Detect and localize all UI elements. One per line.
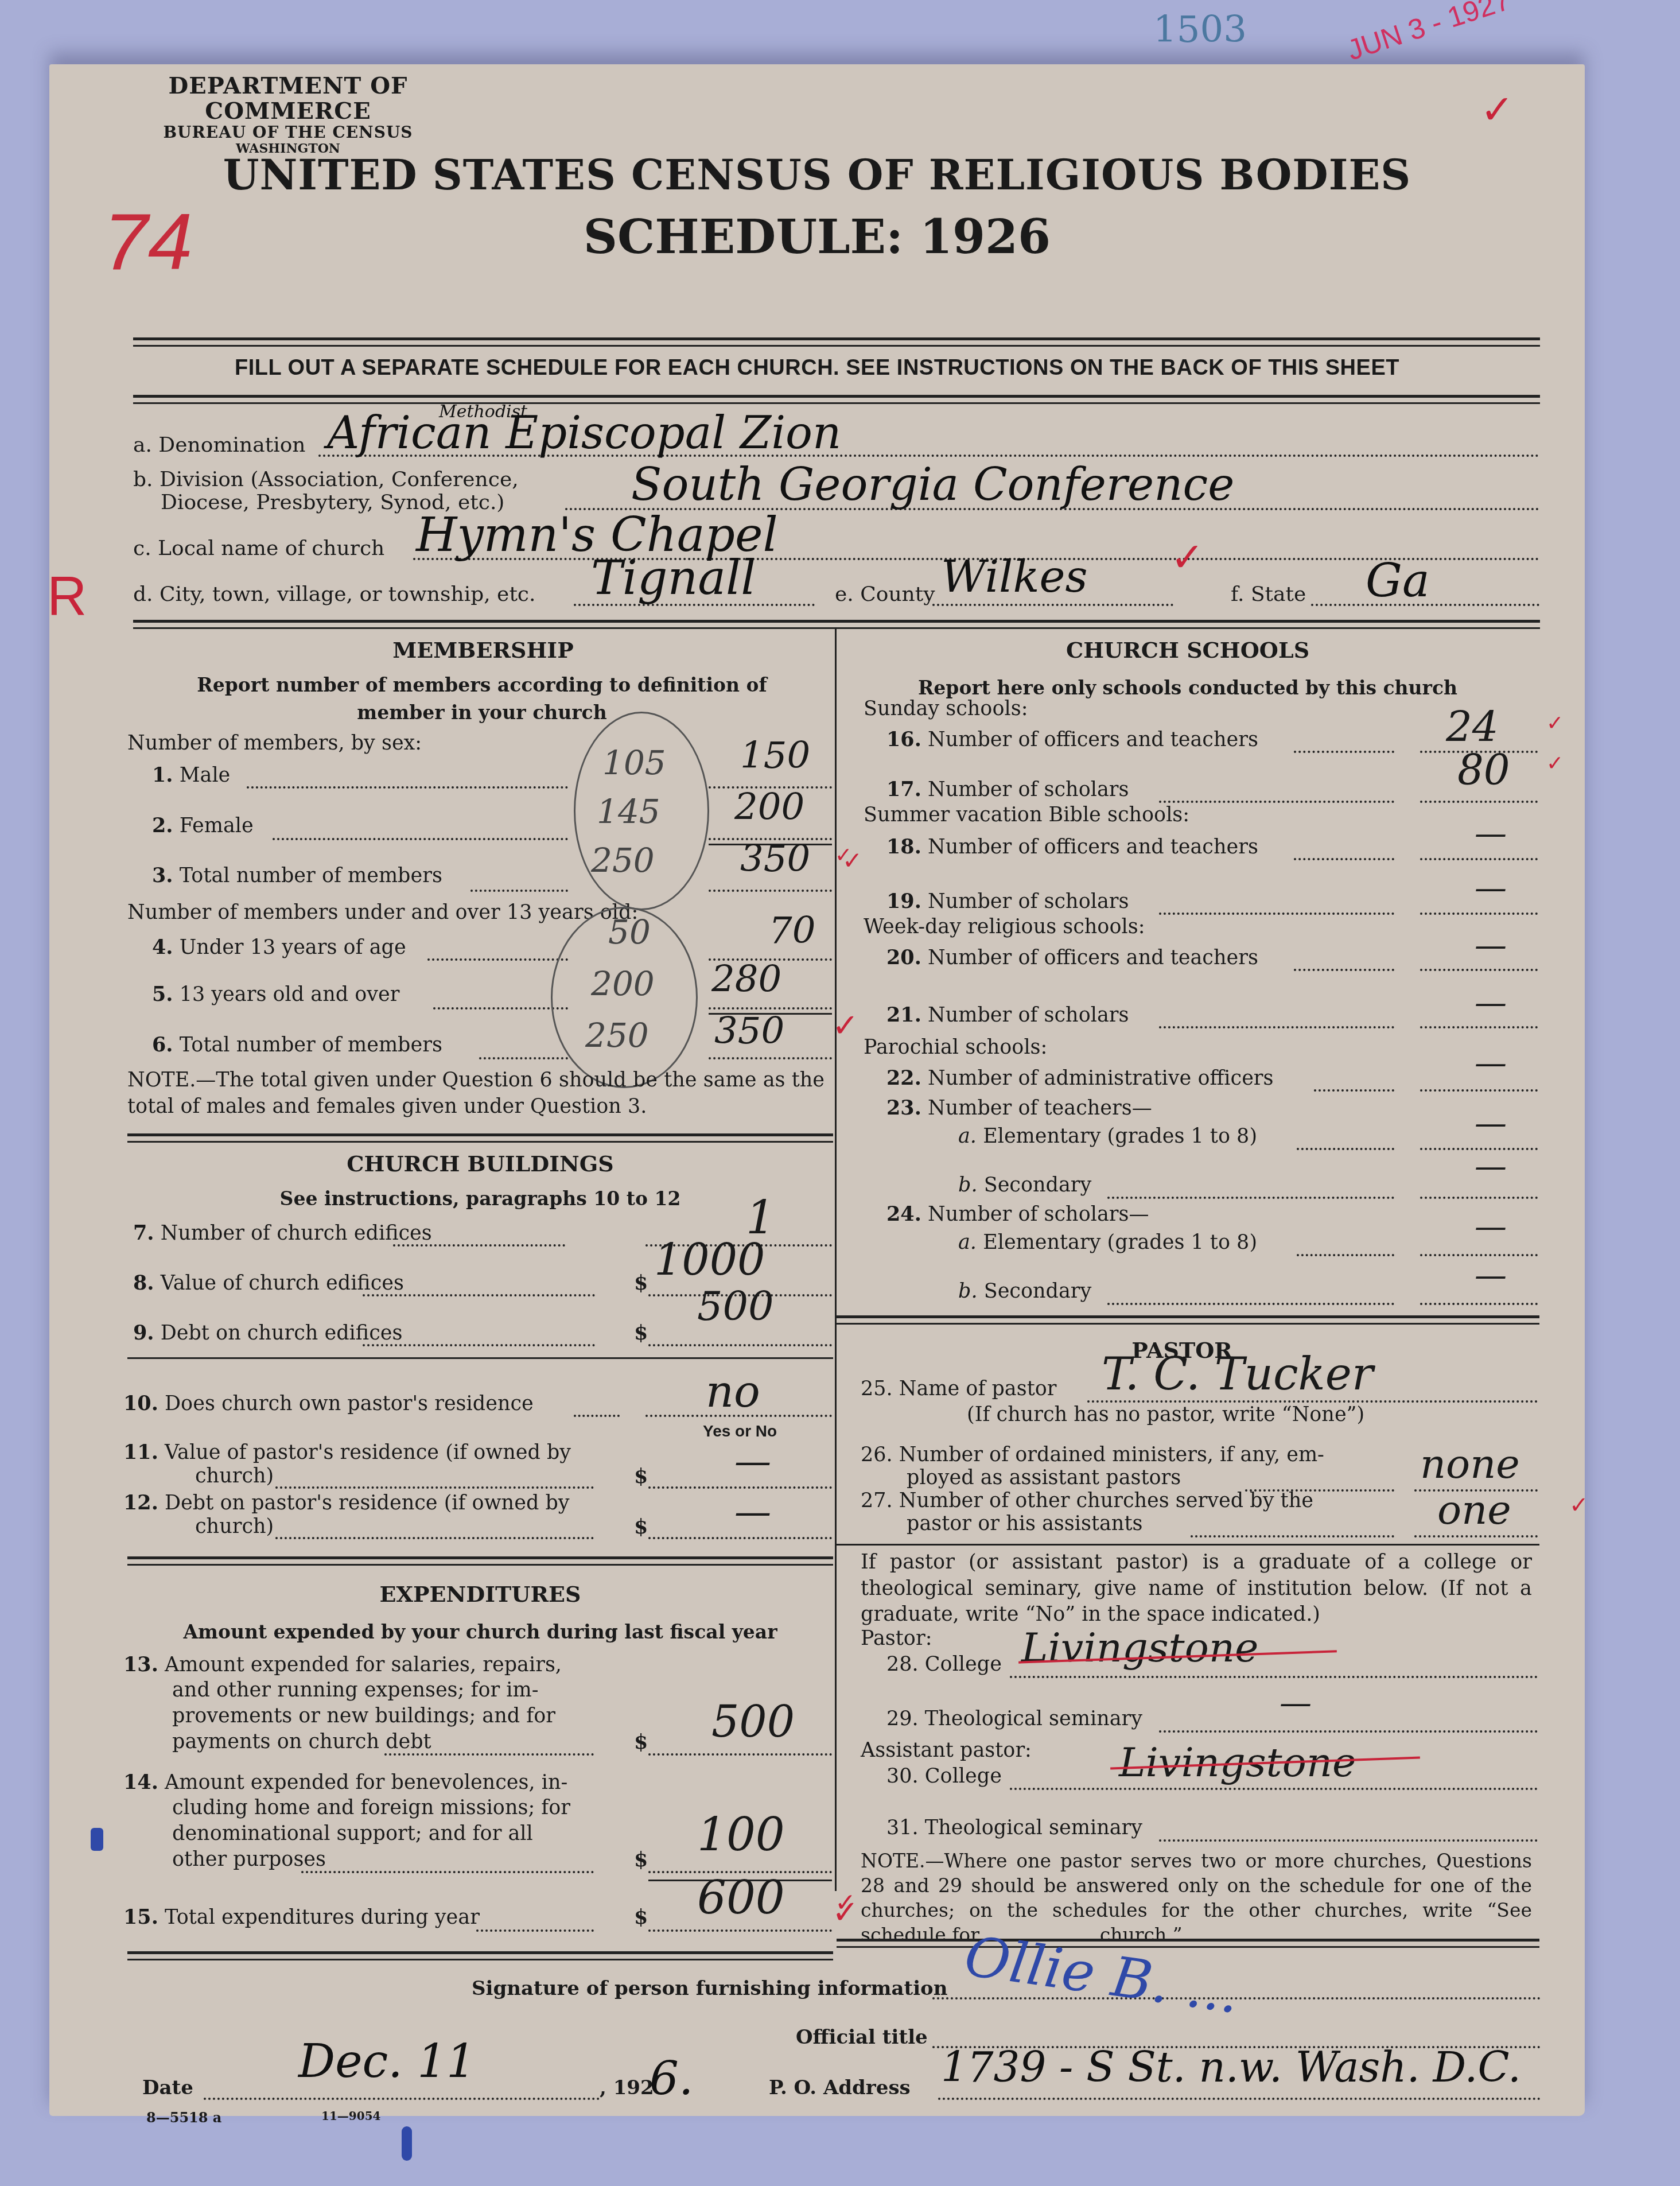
- assistant-pastors-value: none: [1420, 1440, 1520, 1488]
- buildings-row-7: 7. Number of church edifices: [133, 1221, 432, 1245]
- pencil-circle: [551, 907, 698, 1088]
- county-label: e. County: [835, 583, 935, 606]
- divider: [127, 1556, 833, 1566]
- leader-dots: [275, 1486, 594, 1489]
- group-weekday-schools: Week-day religious schools:: [864, 915, 1145, 938]
- membership-row-3: 3. Total number of members: [152, 864, 442, 887]
- check-mark-icon: ✓: [1546, 712, 1564, 735]
- leader-dots: [1294, 969, 1394, 971]
- parochial-scholars-elem-value: —: [1475, 1208, 1507, 1245]
- male-value: 150: [740, 735, 810, 777]
- dollar-sign: $: [634, 1848, 648, 1872]
- ink-blot: [91, 1828, 103, 1851]
- by-sex-label: Number of members, by sex:: [127, 732, 422, 755]
- department-name: DEPARTMENT OF COMMERCE: [87, 73, 489, 124]
- benevolences-amount-value: 100: [697, 1808, 785, 1861]
- expenditure-row-14-line: other purposes: [172, 1848, 326, 1871]
- parochial-teachers-sec-field[interactable]: [1420, 1197, 1538, 1199]
- leader-dots: [1294, 751, 1394, 753]
- leader-dots: [1159, 913, 1394, 915]
- edifices-debt-field[interactable]: [648, 1344, 832, 1346]
- file-number-stamp: 1503: [1153, 9, 1247, 51]
- address-value: 1739 - S St. n.w. Wash. D.C.: [941, 2043, 1521, 2091]
- pastor-college-field[interactable]: [1010, 1676, 1538, 1678]
- county-value: Wilkes: [941, 551, 1087, 602]
- leader-dots: [275, 1537, 594, 1539]
- edifices-debt-value: 500: [697, 1283, 774, 1330]
- over-13-value: 280: [711, 958, 781, 1001]
- sunday-scholars-field[interactable]: [1420, 801, 1538, 803]
- parochial-teachers-elem-value: —: [1475, 1105, 1507, 1142]
- pastor-name-hint: (If church has no pastor, write “None”): [967, 1403, 1364, 1426]
- city-label: d. City, town, village, or township, etc…: [133, 583, 535, 606]
- divider: [133, 620, 1540, 629]
- owns-residence-value: no: [706, 1366, 760, 1417]
- leader-dots: [363, 1344, 595, 1346]
- weekday-teachers-field[interactable]: [1420, 969, 1538, 971]
- denomination-insert: Methodist: [439, 402, 527, 422]
- school-row-24b: b. Secondary: [958, 1280, 1091, 1303]
- official-title-label: Official title: [796, 2026, 928, 2049]
- school-row-20: 20. Number of officers and teachers: [886, 946, 1258, 969]
- buildings-row-11: 11. Value of pastor's residence (if owne…: [123, 1440, 571, 1464]
- ink-blot: [402, 2126, 412, 2161]
- membership-row-4: 4. Under 13 years of age: [152, 935, 406, 959]
- salaries-amount-value: 500: [711, 1696, 795, 1747]
- pastor-note: NOTE.—Where one pastor serves two or mor…: [861, 1849, 1532, 1948]
- pastor-name-label: 25. Name of pastor: [861, 1377, 1057, 1400]
- dollar-sign: $: [634, 1465, 648, 1488]
- leader-dots: [470, 890, 568, 892]
- summer-teachers-field[interactable]: [1420, 858, 1538, 860]
- divider: [133, 395, 1540, 404]
- buildings-row-12-cont: church): [195, 1515, 274, 1538]
- assistant-pastors-label-2: ployed as assistant pastors: [907, 1466, 1181, 1489]
- schedule-title: SCHEDULE: 1926: [49, 209, 1585, 265]
- state-label: f. State: [1231, 583, 1306, 606]
- expenditure-row-13-line: provements or new buildings; and for: [172, 1704, 555, 1727]
- school-row-22: 22. Number of administrative officers: [886, 1066, 1274, 1090]
- expenditure-row-15: 15. Total expenditures during year: [123, 1905, 480, 1929]
- over-13-field[interactable]: [709, 1007, 832, 1009]
- school-row-17: 17. Number of scholars: [886, 778, 1129, 801]
- expenditures-heading: EXPENDITURES: [127, 1581, 833, 1607]
- dollar-sign: $: [634, 1905, 648, 1929]
- buildings-heading: CHURCH BUILDINGS: [127, 1151, 833, 1177]
- membership-row-5: 5. 13 years old and over: [152, 983, 400, 1006]
- sunday-scholars-value: 80: [1457, 746, 1510, 794]
- expenditure-row-13: 13. Amount expended for salaries, repair…: [123, 1653, 562, 1676]
- leader-dots: [1107, 1197, 1394, 1199]
- leader-dots: [1159, 1026, 1394, 1028]
- dollar-sign: $: [634, 1321, 648, 1345]
- expenditures-subheading: Amount expended by your church during la…: [127, 1618, 833, 1646]
- membership-row-6: 6. Total number of members: [152, 1033, 442, 1057]
- leader-dots: [1159, 801, 1394, 803]
- leader-dots: [1107, 1303, 1394, 1305]
- pastor-college-value: Livingstone: [1021, 1624, 1258, 1671]
- school-row-19: 19. Number of scholars: [886, 890, 1129, 913]
- group-parochial-schools: Parochial schools:: [864, 1036, 1047, 1059]
- dollar-sign: $: [634, 1271, 648, 1295]
- form-title: UNITED STATES CENSUS OF RELIGIOUS BODIES: [49, 150, 1585, 199]
- total-by-age-field[interactable]: [709, 1057, 832, 1059]
- by-age-label: Number of members under and over 13 year…: [127, 901, 638, 924]
- total-expenditures-field[interactable]: [648, 1929, 832, 1932]
- leader-dots: [476, 1929, 594, 1932]
- expenditure-row-14-line: cluding home and foreign missions; for: [172, 1796, 570, 1819]
- division-value: South Georgia Conference: [631, 459, 1234, 511]
- female-value: 200: [734, 786, 804, 829]
- total-expenditures-value: 600: [697, 1871, 785, 1924]
- expenditure-row-13-line: payments on church debt: [172, 1730, 431, 1753]
- department-header: DEPARTMENT OF COMMERCE BUREAU OF THE CEN…: [87, 73, 489, 156]
- residence-debt-value: —: [734, 1491, 771, 1533]
- margin-mark-r: R: [47, 565, 87, 628]
- divider: [127, 1357, 833, 1359]
- fill-out-instruction: FILL OUT A SEPARATE SCHEDULE FOR EACH CH…: [49, 356, 1585, 380]
- form-code: 8—5518 a: [146, 2109, 221, 2126]
- city-value: Tignall: [591, 551, 756, 605]
- county-field[interactable]: [932, 604, 1173, 606]
- leader-dots: [384, 1753, 594, 1756]
- residence-value-value: —: [734, 1440, 771, 1483]
- column-divider: [835, 628, 837, 1891]
- pastor-college-label: 28. College: [886, 1653, 1002, 1676]
- denomination-label: a. Denomination: [133, 433, 306, 457]
- date-value: Dec. 11: [298, 2034, 476, 2088]
- leader-dots: [427, 958, 568, 961]
- check-mark-icon: ✓: [835, 844, 852, 867]
- leader-dots: [479, 1057, 568, 1059]
- buildings-row-10: 10. Does church own pastor's residence: [123, 1392, 534, 1415]
- divider: [133, 337, 1540, 347]
- bureau-name: BUREAU OF THE CENSUS: [87, 124, 489, 142]
- address-label: P. O. Address: [769, 2076, 911, 2099]
- buildings-row-12: 12. Debt on pastor's residence (if owned…: [123, 1491, 570, 1515]
- leader-dots: [574, 1415, 620, 1417]
- pastor-seminary-label: 29. Theological seminary: [886, 1707, 1142, 1730]
- date-label: Date: [142, 2076, 193, 2099]
- weekday-scholars-field[interactable]: [1420, 1026, 1538, 1028]
- check-mark-icon: ✓: [1569, 1492, 1589, 1519]
- print-code: 11—9054: [321, 2109, 381, 2123]
- division-label-1: b. Division (Association, Conference,: [133, 468, 519, 491]
- residence-debt-field[interactable]: [648, 1537, 832, 1539]
- total-by-age-value: 350: [714, 1010, 784, 1053]
- assistant-seminary-field[interactable]: [1159, 1839, 1538, 1842]
- school-row-23a: a. Elementary (grades 1 to 8): [958, 1125, 1257, 1148]
- pencil-circle: [574, 712, 709, 910]
- membership-row-2: 2. Female: [152, 814, 254, 837]
- yes-no-hint: Yes or No: [703, 1422, 777, 1440]
- church-name-label: c. Local name of church: [133, 537, 384, 560]
- check-mark-icon: ✓: [1480, 86, 1514, 133]
- membership-note: NOTE.—The total given under Question 6 s…: [127, 1067, 825, 1120]
- pastor-seminary-value: —: [1280, 1684, 1312, 1722]
- residence-value-field[interactable]: [648, 1486, 832, 1489]
- other-churches-label-1: 27. Number of other churches served by t…: [861, 1489, 1313, 1512]
- summer-scholars-value: —: [1475, 869, 1507, 907]
- margin-number: 74: [103, 195, 193, 288]
- parochial-teachers-sec-value: —: [1475, 1148, 1507, 1185]
- expenditure-row-13-line: and other running expenses; for im-: [172, 1679, 539, 1702]
- assistant-seminary-label: 31. Theological seminary: [886, 1816, 1142, 1839]
- assistant-college-field[interactable]: [1010, 1788, 1538, 1790]
- leader-dots: [1297, 1148, 1394, 1150]
- check-mark-icon: ✓: [832, 1007, 859, 1045]
- dollar-sign: $: [634, 1730, 648, 1754]
- assistant-pastors-label-1: 26. Number of ordained ministers, if any…: [861, 1443, 1324, 1466]
- summer-scholars-field[interactable]: [1420, 913, 1538, 915]
- school-row-21: 21. Number of scholars: [886, 1003, 1129, 1027]
- leader-dots: [1191, 1535, 1394, 1537]
- leader-dots: [247, 786, 568, 789]
- schools-heading: CHURCH SCHOOLS: [838, 637, 1538, 663]
- pastor-name-field[interactable]: [1087, 1400, 1538, 1403]
- membership-subheading: Report number of members according to de…: [172, 671, 792, 727]
- leader-dots: [393, 1244, 565, 1247]
- expenditure-row-14: 14. Amount expended for benevolences, in…: [123, 1770, 567, 1794]
- buildings-row-8: 8. Value of church edifices: [133, 1271, 404, 1295]
- leader-dots: [1294, 858, 1394, 860]
- parochial-scholars-sec-value: —: [1475, 1257, 1507, 1294]
- pastor-subheading: Pastor:: [861, 1627, 932, 1650]
- other-churches-label-2: pastor or his assistants: [907, 1512, 1142, 1535]
- group-summer-schools: Summer vacation Bible schools:: [864, 803, 1189, 826]
- sunday-teachers-value: 24: [1446, 703, 1499, 751]
- under-13-value: 70: [769, 910, 815, 952]
- leader-dots: [363, 1294, 595, 1296]
- school-row-23: 23. Number of teachers—: [886, 1096, 1152, 1120]
- expenditure-row-14-line: denominational support; and for all: [172, 1822, 533, 1845]
- weekday-teachers-value: —: [1475, 927, 1507, 964]
- pastor-name-value: T. C. Tucker: [1102, 1349, 1373, 1400]
- divider: [837, 1315, 1539, 1325]
- address-field[interactable]: [938, 2098, 1541, 2100]
- membership-row-1: 1. Male: [152, 763, 230, 787]
- dollar-sign: $: [634, 1515, 648, 1539]
- check-mark-icon: ✓: [1170, 534, 1204, 581]
- buildings-subheading: See instructions, paragraphs 10 to 12: [127, 1185, 833, 1213]
- summer-teachers-value: —: [1475, 815, 1507, 852]
- year-suffix-value: 6.: [650, 2052, 693, 2105]
- check-mark-icon: ✓: [1546, 752, 1564, 775]
- school-row-23b: b. Secondary: [958, 1174, 1091, 1197]
- leader-dots: [301, 1871, 594, 1873]
- salaries-amount-field[interactable]: [648, 1753, 832, 1756]
- divider: [127, 1951, 833, 1960]
- weekday-scholars-value: —: [1475, 984, 1507, 1022]
- school-row-18: 18. Number of officers and teachers: [886, 835, 1258, 859]
- divider: [837, 1544, 1539, 1546]
- total-members-field[interactable]: [709, 890, 832, 892]
- parochial-scholars-elem-field[interactable]: [1420, 1254, 1538, 1256]
- parochial-scholars-sec-field[interactable]: [1420, 1303, 1538, 1305]
- group-sunday-schools: Sunday schools:: [864, 697, 1028, 720]
- total-members-value: 350: [740, 838, 810, 880]
- assistant-college-label: 30. College: [886, 1765, 1002, 1788]
- buildings-row-11-cont: church): [195, 1465, 274, 1488]
- parochial-admin-field[interactable]: [1420, 1089, 1538, 1092]
- school-row-24a: a. Elementary (grades 1 to 8): [958, 1231, 1257, 1254]
- buildings-row-9: 9. Debt on church edifices: [133, 1321, 402, 1345]
- denomination-value: African Episcopal Zion: [327, 407, 841, 459]
- school-row-16: 16. Number of officers and teachers: [886, 728, 1258, 751]
- signature-label: Signature of person furnishing informati…: [472, 1977, 948, 2000]
- divider: [837, 1939, 1539, 1948]
- edifices-value-value: 1000: [654, 1234, 765, 1285]
- leader-dots: [433, 1007, 568, 1009]
- pastor-seminary-field[interactable]: [1159, 1730, 1538, 1733]
- assistant-pastor-subheading: Assistant pastor:: [861, 1739, 1032, 1762]
- date-field[interactable]: [204, 2098, 600, 2100]
- school-row-24: 24. Number of scholars—: [886, 1202, 1149, 1226]
- other-churches-field[interactable]: [1414, 1535, 1538, 1537]
- membership-heading: MEMBERSHIP: [133, 637, 833, 663]
- received-date-stamp: JUN 3 - 1927: [1343, 0, 1514, 67]
- leader-dots: [273, 838, 568, 840]
- year-prefix: , 192: [600, 2076, 654, 2099]
- other-churches-value: one: [1437, 1486, 1511, 1533]
- check-mark-icon: ✓: [835, 1888, 856, 1917]
- parochial-admin-value: —: [1475, 1045, 1507, 1082]
- leader-dots: [1297, 1254, 1394, 1256]
- graduate-instruction: If pastor (or assistant pastor) is a gra…: [861, 1550, 1532, 1628]
- state-value: Ga: [1366, 554, 1430, 607]
- divider: [127, 1133, 833, 1143]
- leader-dots: [1314, 1089, 1394, 1092]
